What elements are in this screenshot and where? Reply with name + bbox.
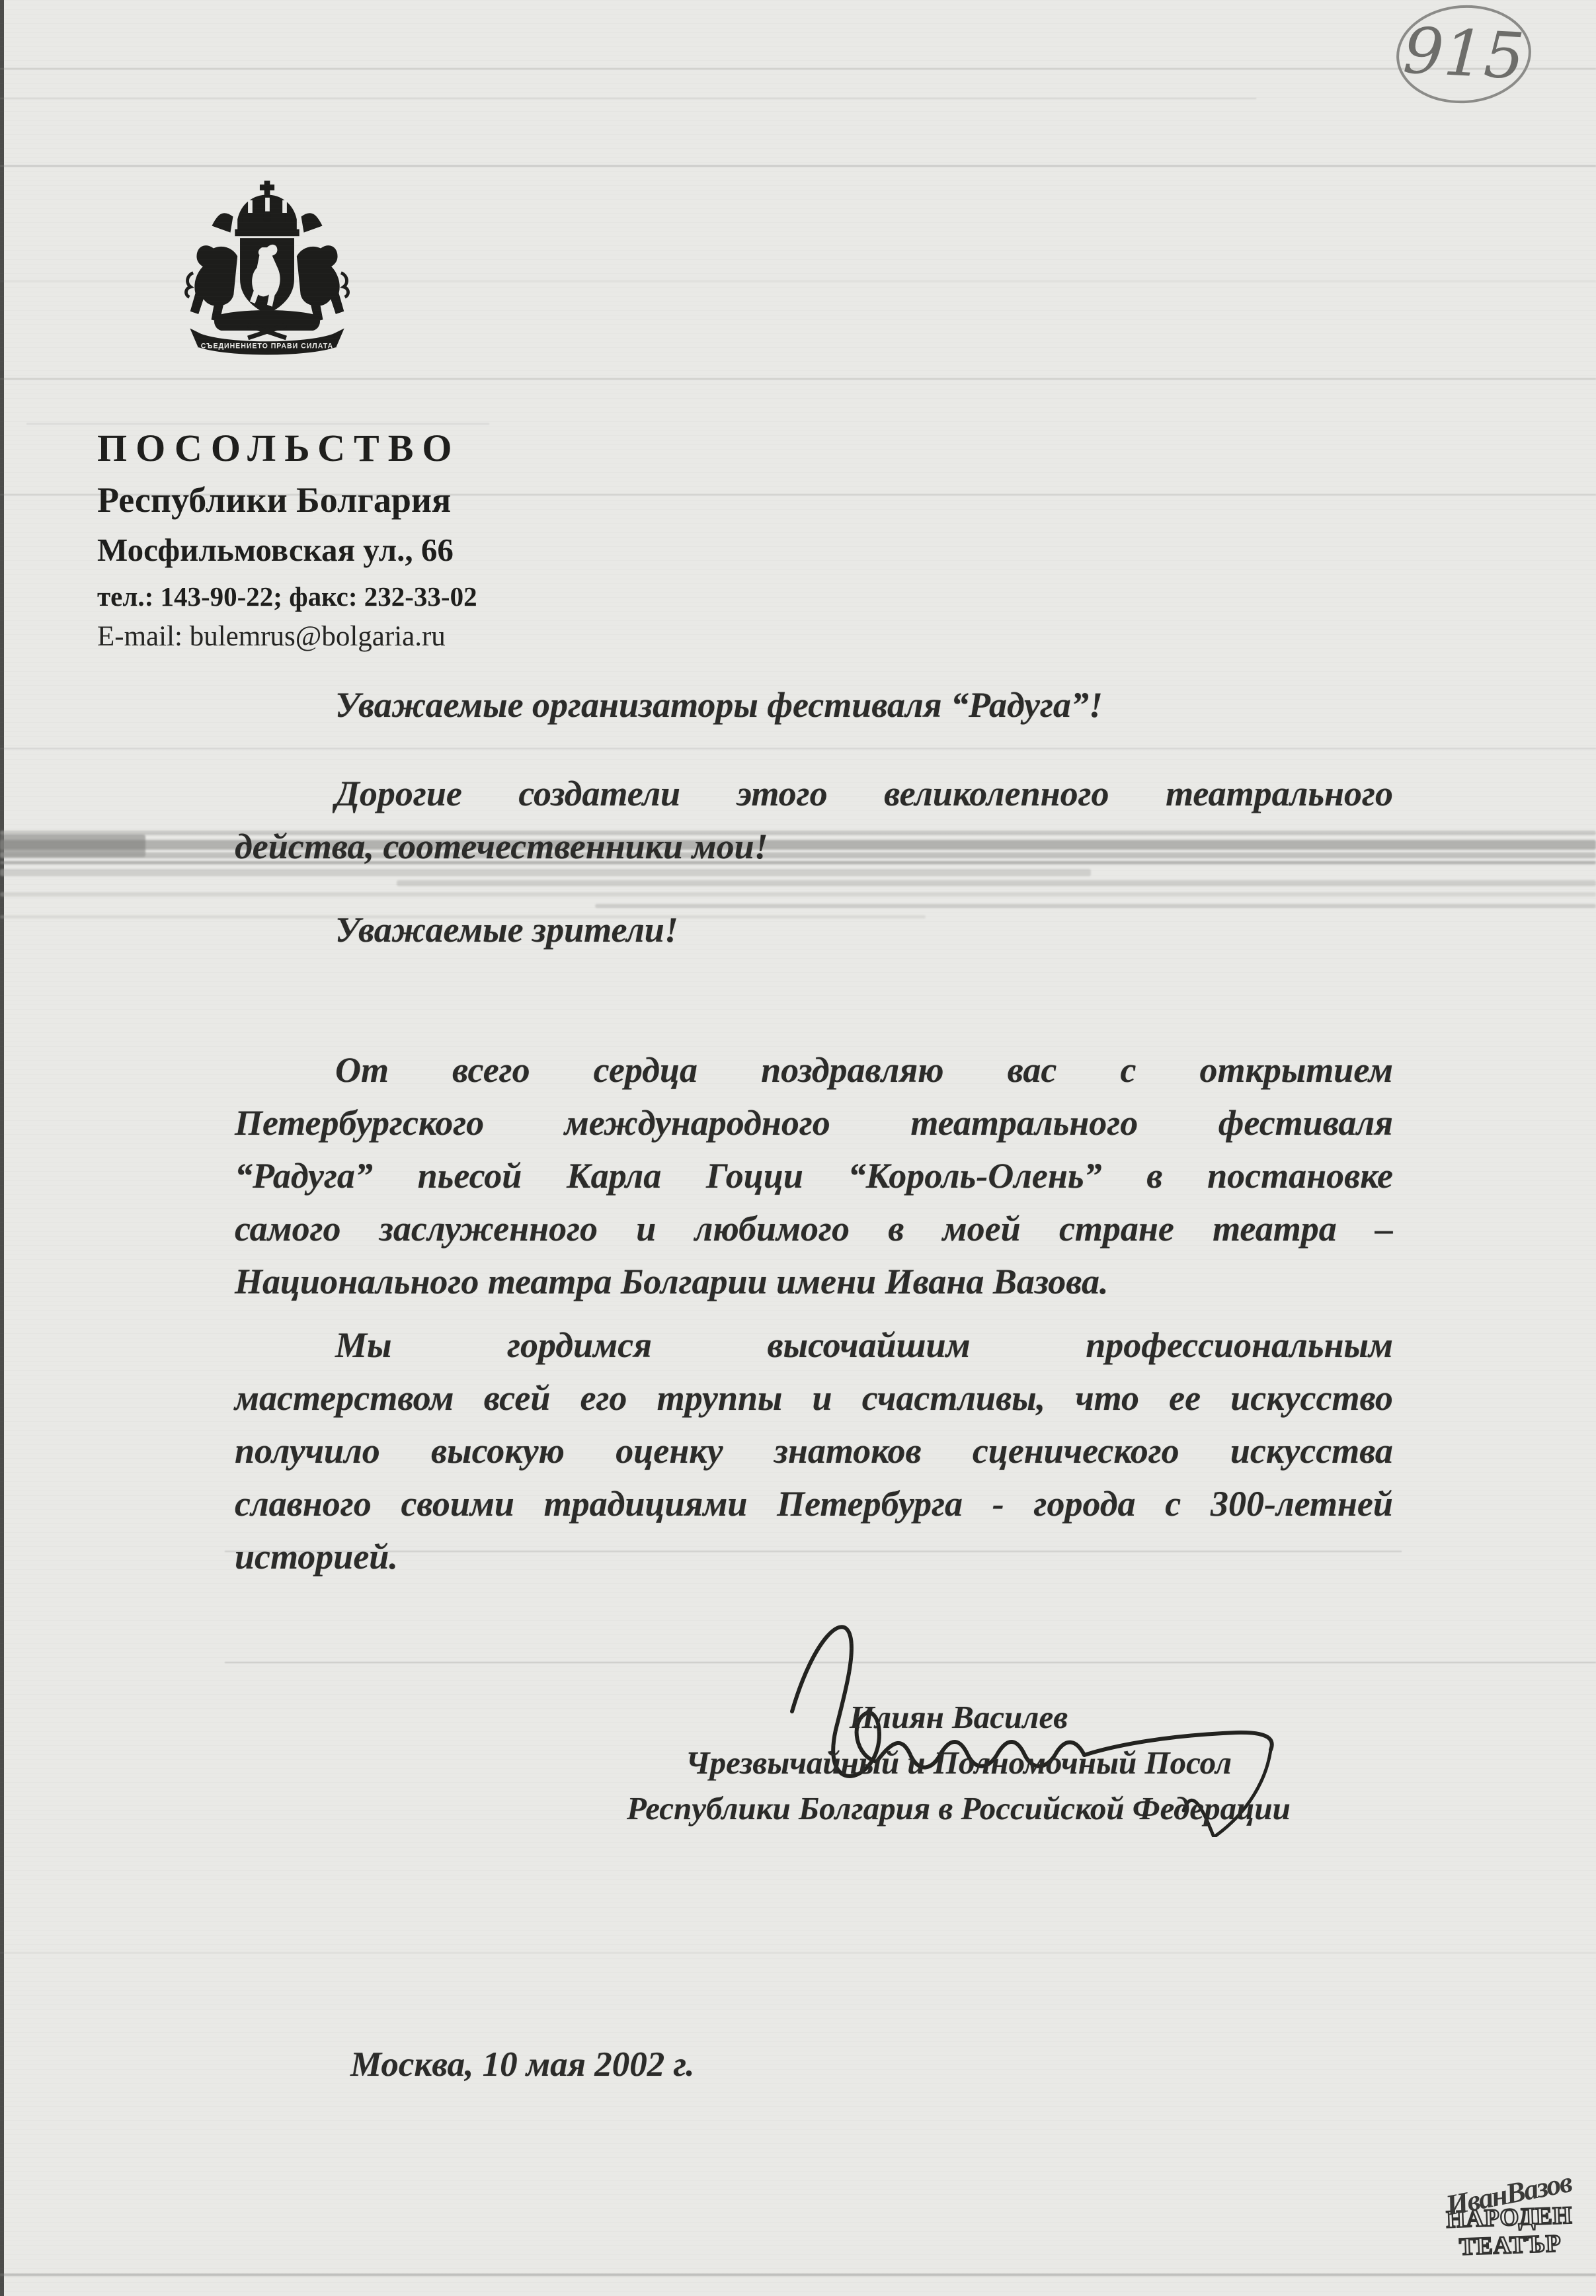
- handwritten-number: 915: [1386, 1, 1544, 114]
- body-line: самогозаслуженногоилюбимоговмоейстранете…: [235, 1202, 1393, 1255]
- scan-edge-line: [0, 0, 4, 2296]
- body-line: “Радуга”пьесойКарлаГоцци“Король-Олень”вп…: [235, 1149, 1393, 1202]
- signer-title-1: Чрезвычайный и Полномочный Посол: [539, 1740, 1378, 1785]
- embassy-name: ПОСОЛЬСТВО: [97, 426, 560, 470]
- bulgarian-coat-of-arms-icon: СЪЕДИНЕНИЕТО ПРАВИ СИЛАТА: [171, 177, 364, 356]
- stamp-line-2: ТЕАТЪР: [1441, 2229, 1580, 2262]
- scan-artifact: [0, 2274, 1596, 2276]
- embassy-country: Республики Болгария: [97, 479, 560, 520]
- salutation-organizers: Уважаемые организаторы фестиваля “Радуга…: [235, 678, 1393, 731]
- body-line: Уважаемые организаторы фестиваля “Радуга…: [235, 678, 1393, 731]
- body-line: действа, соотечественники мои!: [235, 820, 1393, 873]
- scan-artifact: [0, 98, 1256, 99]
- body-line: славногосвоимитрадициямиПетербурга-город…: [235, 1477, 1393, 1530]
- smear-band: [0, 892, 1596, 897]
- letterhead: ПОСОЛЬСТВО Республики Болгария Мосфильмо…: [97, 426, 560, 653]
- scan-artifact: [26, 423, 489, 425]
- signer-name: Илиян Василев: [539, 1694, 1378, 1740]
- body-line: Петербургскогомеждународноготеатрального…: [235, 1096, 1393, 1149]
- embassy-email: E-mail: bulemrus@bolgaria.ru: [97, 620, 560, 653]
- body-line: Национального театра Болгарии имени Иван…: [235, 1255, 1393, 1308]
- signature-block: Илиян Василев Чрезвычайный и Полномочный…: [539, 1694, 1378, 1831]
- smear-band: [397, 880, 1596, 886]
- embassy-address: Мосфильмовская ул., 66: [97, 531, 560, 569]
- scan-artifact: [0, 68, 1596, 69]
- smear-band: [0, 835, 145, 857]
- body-line: Отвсегосердцапоздравляювассоткрытием: [235, 1044, 1393, 1096]
- body-paragraph-3: Мыгордимсявысочайшимпрофессиональныммаст…: [235, 1319, 1393, 1583]
- signer-title-2: Республики Болгария в Российской Федерац…: [539, 1785, 1378, 1831]
- scan-artifact: [0, 165, 1596, 167]
- scan-artifact: [0, 1952, 1596, 1953]
- body-line: мастерствомвсейеготруппыисчастливы,чтоее…: [235, 1372, 1393, 1424]
- scanned-letter-page: 915: [0, 0, 1596, 2296]
- salutation-audience: Уважаемые зрители!: [235, 903, 1393, 956]
- ivan-vazov-national-theatre-stamp: ИванВазов НАРОДЕН ТЕАТЪР: [1439, 2174, 1580, 2262]
- handwritten-number-text: 915: [1402, 13, 1527, 93]
- body-line: получиловысокуюоценкузнатоковсценическог…: [235, 1424, 1393, 1477]
- scan-artifact: [0, 748, 1596, 749]
- body-line: Дорогиесоздателиэтоговеликолепноготеатра…: [235, 767, 1393, 820]
- embassy-phone-fax: тел.: 143-90-22; факс: 232-33-02: [97, 581, 560, 612]
- coat-of-arms-motto: СЪЕДИНЕНИЕТО ПРАВИ СИЛАТА: [201, 342, 333, 350]
- body-line: историей.: [235, 1530, 1393, 1583]
- body-paragraph-1: Дорогиесоздателиэтоговеликолепноготеатра…: [235, 767, 1393, 873]
- date-place-line: Москва, 10 мая 2002 г.: [350, 2045, 695, 2084]
- body-line: Мыгордимсявысочайшимпрофессиональным: [235, 1319, 1393, 1372]
- scan-artifact: [0, 378, 1596, 380]
- body-line: Уважаемые зрители!: [235, 903, 1393, 956]
- body-paragraph-2: ОтвсегосердцапоздравляювассоткрытиемПете…: [235, 1044, 1393, 1308]
